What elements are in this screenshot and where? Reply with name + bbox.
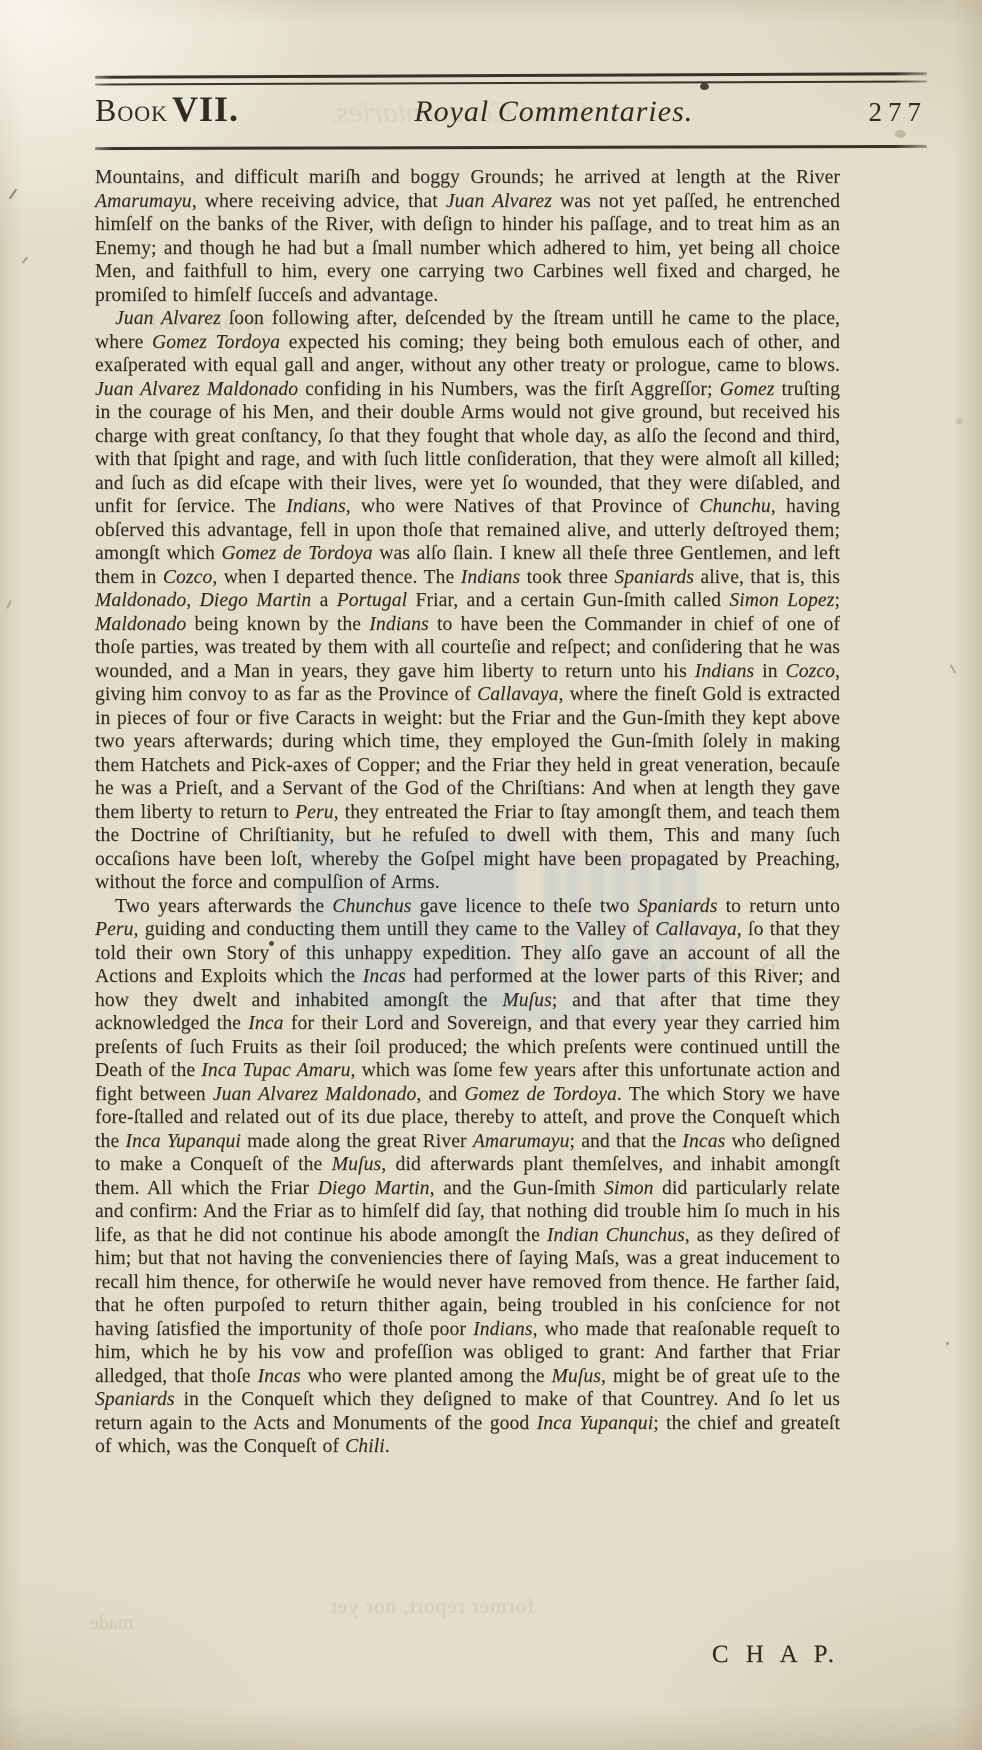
ink-speck (700, 83, 709, 90)
running-title: Royal Commentaries. (239, 95, 868, 129)
book-word: Book (95, 92, 168, 128)
margin-mark (950, 664, 957, 674)
ink-speck (946, 1342, 949, 1345)
book-number: VII. (172, 89, 239, 129)
running-header: Book VII. Royal Commentaries. 277 (95, 88, 927, 130)
page-number: 277 (869, 97, 928, 128)
margin-mark (6, 600, 12, 609)
ink-speck (269, 941, 274, 946)
header-single-rule (95, 145, 927, 150)
bleedthrough-text: former report, nor yet (330, 1594, 534, 1619)
paragraph: Juan Alvarez ſoon following after, deſce… (95, 307, 840, 895)
catchword: C H A P. (95, 1641, 837, 1669)
stain (956, 418, 963, 424)
header-double-rule-top (95, 72, 927, 78)
paragraph: Two years afterwards the Chunchus gave l… (95, 895, 840, 1459)
book-label: Book VII. (95, 88, 239, 130)
header-double-rule-bottom (95, 81, 927, 86)
stain (895, 130, 906, 138)
margin-mark (22, 256, 29, 263)
paragraph: Mountains, and difficult mariſh and bogg… (95, 166, 840, 307)
text-block: Mountains, and difficult mariſh and bogg… (95, 166, 840, 1459)
bleedthrough-text: made (90, 1612, 133, 1635)
scanned-book-page: Royal Commentaries. of their cuſtoms and… (0, 0, 982, 1750)
margin-mark (9, 189, 18, 200)
